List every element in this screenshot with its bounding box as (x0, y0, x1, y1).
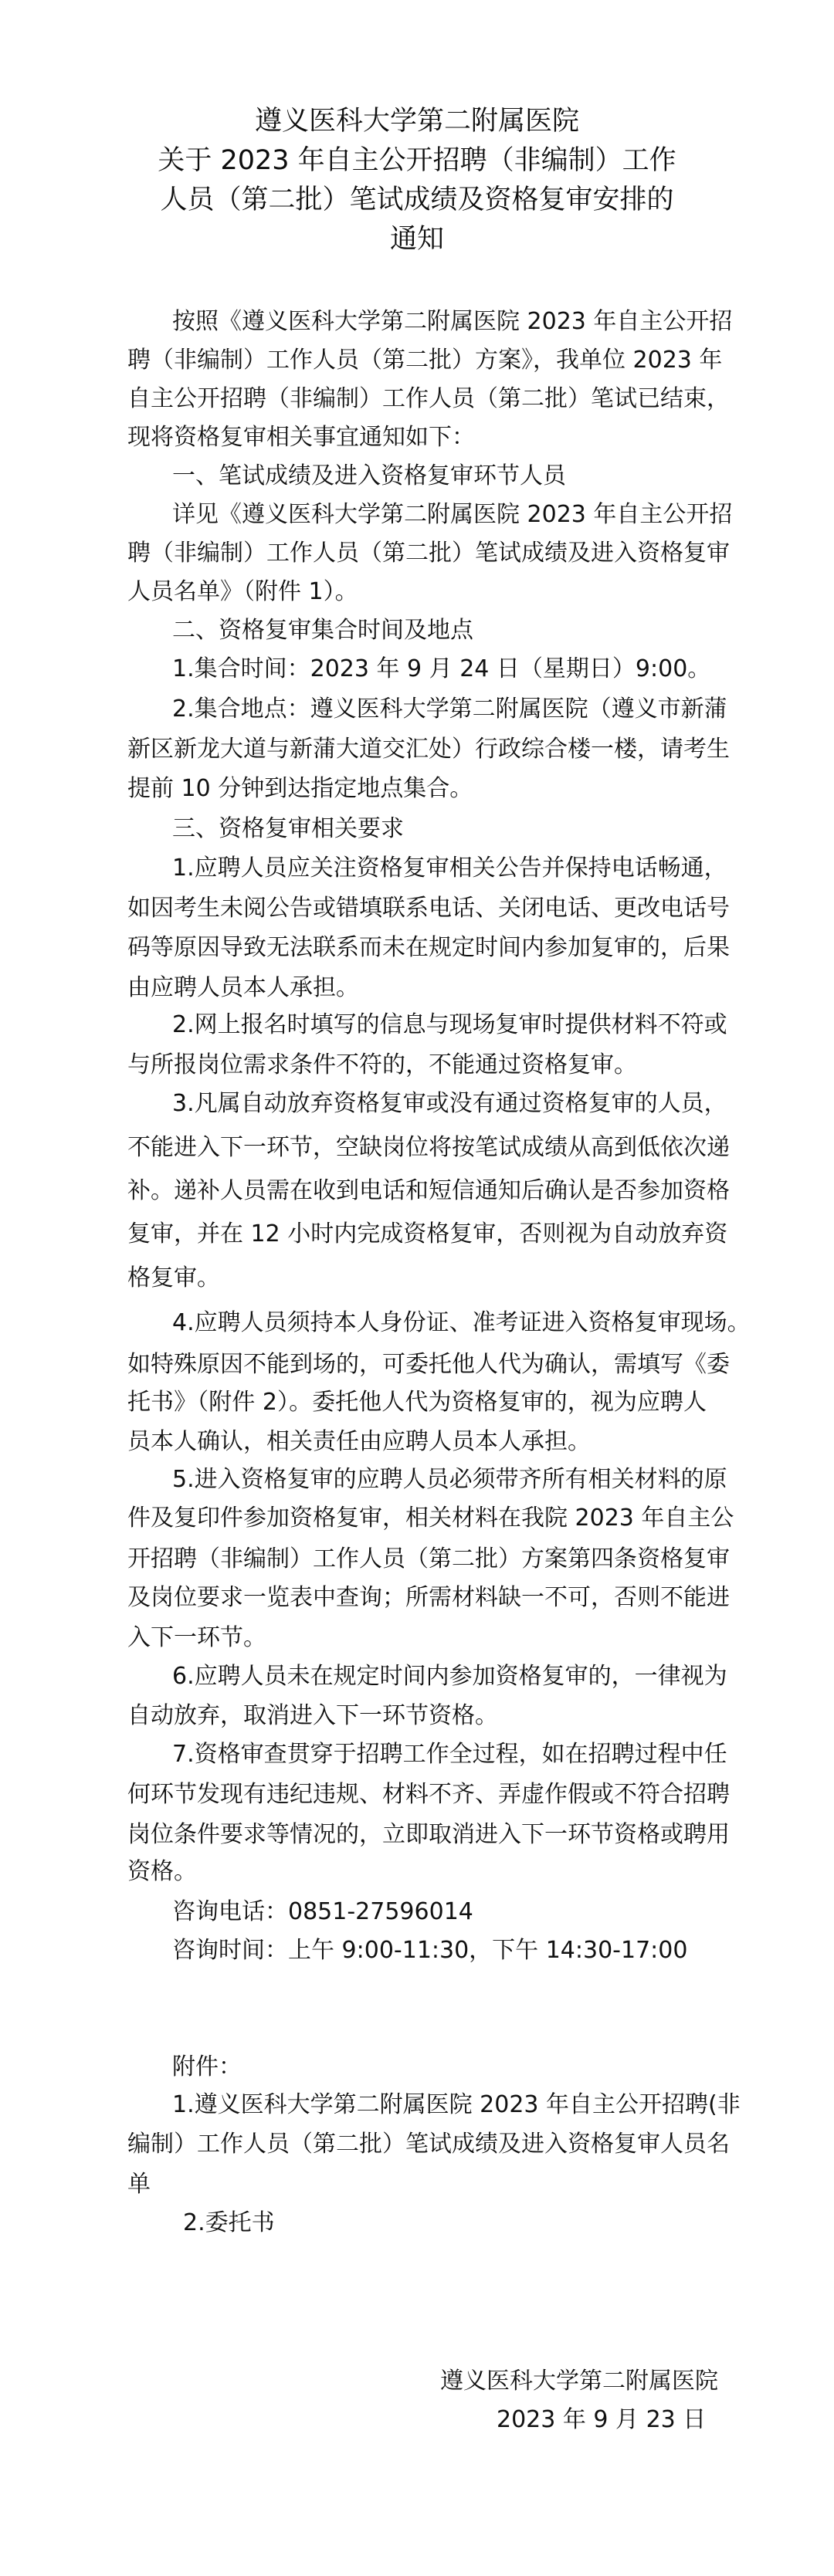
body-line: 3.凡属自动放弃资格复审或没有通过资格复审的人员， (172, 1088, 707, 1119)
signature-date: 2023 年 9 月 23 日 (497, 2405, 706, 2436)
body-line: 咨询时间：上午 9:00-11:30，下午 14:30-17:00 (172, 1935, 707, 1966)
body-line: 4.应聘人员须持本人身份证、准考证进入资格复审现场。 (172, 1308, 707, 1339)
attachment-item-1-line-3: 单 (127, 2169, 707, 2200)
signature-organization: 遵义医科大学第二附属医院 (440, 2366, 718, 2397)
body-line: 入下一环节。 (127, 1623, 707, 1654)
attachments-label: 附件： (172, 2052, 707, 2083)
body-line: 复审，并在 12 小时内完成资格复审，否则视为自动放弃资 (127, 1219, 707, 1250)
body-line: 码等原因导致无法联系而未在规定时间内参加复审的，后果 (127, 933, 707, 963)
body-line: 聘（非编制）工作人员（第二批）方案》，我单位 2023 年 (127, 345, 707, 376)
body-line: 1.集合时间：2023 年 9 月 24 日（星期日）9:00。 (172, 654, 707, 685)
body-line: 三、资格复审相关要求 (172, 814, 707, 845)
body-line: 资格。 (127, 1857, 707, 1887)
body-line: 新区新龙大道与新蒲大道交汇处）行政综合楼一楼，请考生 (127, 734, 707, 765)
title-line-organization: 遵义医科大学第二附属医院 (0, 104, 834, 138)
body-line: 自主公开招聘（非编制）工作人员（第二批）笔试已结束， (127, 384, 707, 415)
body-line: 一、笔试成绩及进入资格复审环节人员 (172, 461, 707, 492)
body-line: 2.网上报名时填写的信息与现场复审时提供材料不符或 (172, 1010, 707, 1041)
body-line: 格复审。 (127, 1263, 707, 1294)
body-line: 托书》（附件 2）。委托他人代为资格复审的，视为应聘人 (127, 1387, 707, 1418)
body-line: 6.应聘人员未在规定时间内参加资格复审的，一律视为 (172, 1661, 707, 1692)
body-line: 及岗位要求一览表中查询；所需材料缺一不可，否则不能进 (127, 1582, 707, 1613)
body-line: 提前 10 分钟到达指定地点集合。 (127, 773, 707, 804)
body-line: 二、资格复审集合时间及地点 (172, 615, 707, 646)
body-line: 与所报岗位需求条件不符的，不能通过资格复审。 (127, 1050, 707, 1081)
body-line: 如特殊原因不能到场的，可委托他人代为确认，需填写《委 (127, 1349, 707, 1380)
body-line: 现将资格复审相关事宜通知如下： (127, 422, 707, 453)
body-line: 件及复印件参加资格复审，相关材料在我院 2023 年自主公 (127, 1503, 707, 1534)
body-line: 详见《遵义医科大学第二附属医院 2023 年自主公开招 (172, 499, 707, 530)
body-line: 2.集合地点：遵义医科大学第二附属医院（遵义市新蒲 (172, 694, 707, 725)
body-line: 补。递补人员需在收到电话和短信通知后确认是否参加资格 (127, 1176, 707, 1207)
body-line: 1.应聘人员应关注资格复审相关公告并保持电话畅通， (172, 853, 707, 884)
body-line: 开招聘（非编制）工作人员（第二批）方案第四条资格复审 (127, 1544, 707, 1575)
body-line: 5.进入资格复审的应聘人员必须带齐所有相关材料的原 (172, 1464, 707, 1495)
body-line: 自动放弃，取消进入下一环节资格。 (127, 1701, 707, 1731)
body-line: 员本人确认，相关责任由应聘人员本人承担。 (127, 1427, 707, 1457)
attachment-item-1-line-2: 编制）工作人员（第二批）笔试成绩及进入资格复审人员名 (127, 2129, 707, 2160)
notice-document: 遵义医科大学第二附属医院 关于 2023 年自主公开招聘（非编制）工作 人员（第… (0, 0, 834, 2576)
body-line: 咨询电话：0851-27596014 (172, 1897, 707, 1928)
title-line-3: 人员（第二批）笔试成绩及资格复审安排的 (0, 183, 834, 217)
body-line: 如因考生未阅公告或错填联系电话、关闭电话、更改电话号 (127, 893, 707, 924)
attachment-item-1-line-1: 1.遵义医科大学第二附属医院 2023 年自主公开招聘(非 (172, 2090, 707, 2121)
body-line: 何环节发现有违纪违规、材料不齐、弄虚作假或不符合招聘 (127, 1779, 707, 1810)
body-line: 岗位条件要求等情况的，立即取消进入下一环节资格或聘用 (127, 1819, 707, 1850)
body-line: 聘（非编制）工作人员（第二批）笔试成绩及进入资格复审 (127, 538, 707, 569)
body-line: 不能进入下一环节，空缺岗位将按笔试成绩从高到低依次递 (127, 1132, 707, 1163)
title-line-4: 通知 (0, 222, 834, 256)
title-line-2: 关于 2023 年自主公开招聘（非编制）工作 (0, 144, 834, 178)
body-line: 7.资格审查贯穿于招聘工作全过程，如在招聘过程中任 (172, 1739, 707, 1770)
attachment-item-2: 2.委托书 (183, 2208, 707, 2239)
body-line: 由应聘人员本人承担。 (127, 973, 707, 1004)
body-line: 人员名单》（附件 1）。 (127, 577, 707, 608)
body-line: 按照《遵义医科大学第二附属医院 2023 年自主公开招 (172, 306, 707, 337)
